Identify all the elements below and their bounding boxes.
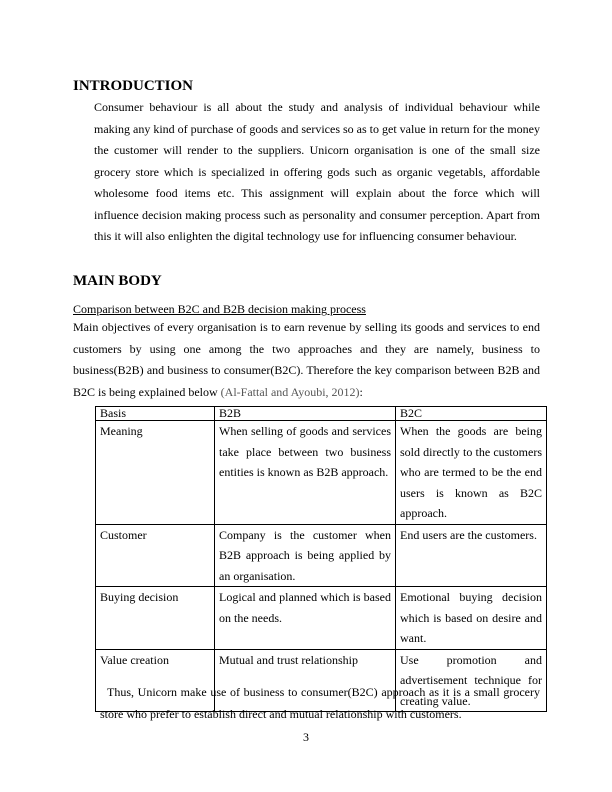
- main-body-paragraph: Main objectives of every organisation is…: [73, 317, 540, 403]
- main-body-paragraph-suffix: :: [360, 385, 363, 399]
- table-row: Meaning When selling of goods and servic…: [96, 421, 547, 525]
- document-page: INTRODUCTION Consumer behaviour is all a…: [0, 0, 612, 792]
- table-cell-basis: Meaning: [96, 421, 215, 525]
- table-row: Buying decision Logical and planned whic…: [96, 587, 547, 650]
- closing-paragraph: Thus, Unicorn make use of business to co…: [100, 682, 540, 725]
- main-body-heading: MAIN BODY: [73, 272, 162, 290]
- introduction-heading: INTRODUCTION: [73, 77, 193, 95]
- citation: (Al-Fattal and Ayoubi, 2012): [221, 385, 360, 399]
- comparison-table: Basis B2B B2C Meaning When selling of go…: [95, 406, 547, 712]
- table-row: Customer Company is the customer when B2…: [96, 524, 547, 587]
- table-header-b2b: B2B: [215, 407, 396, 421]
- table-header-row: Basis B2B B2C: [96, 407, 547, 421]
- table-cell-b2b: When selling of goods and services take …: [215, 421, 396, 525]
- page-number: 3: [0, 730, 612, 744]
- table-cell-b2b: Logical and planned which is based on th…: [215, 587, 396, 650]
- table-cell-b2c: Emotional buying decision which is based…: [396, 587, 547, 650]
- table-header-b2c: B2C: [396, 407, 547, 421]
- table-cell-b2b: Company is the customer when B2B approac…: [215, 524, 396, 587]
- introduction-paragraph: Consumer behaviour is all about the stud…: [94, 97, 540, 248]
- table-cell-b2c: When the goods are being sold directly t…: [396, 421, 547, 525]
- comparison-subheading: Comparison between B2C and B2B decision …: [73, 301, 366, 317]
- table-cell-basis: Buying decision: [96, 587, 215, 650]
- table-cell-b2c: End users are the customers.: [396, 524, 547, 587]
- table-cell-basis: Customer: [96, 524, 215, 587]
- table-header-basis: Basis: [96, 407, 215, 421]
